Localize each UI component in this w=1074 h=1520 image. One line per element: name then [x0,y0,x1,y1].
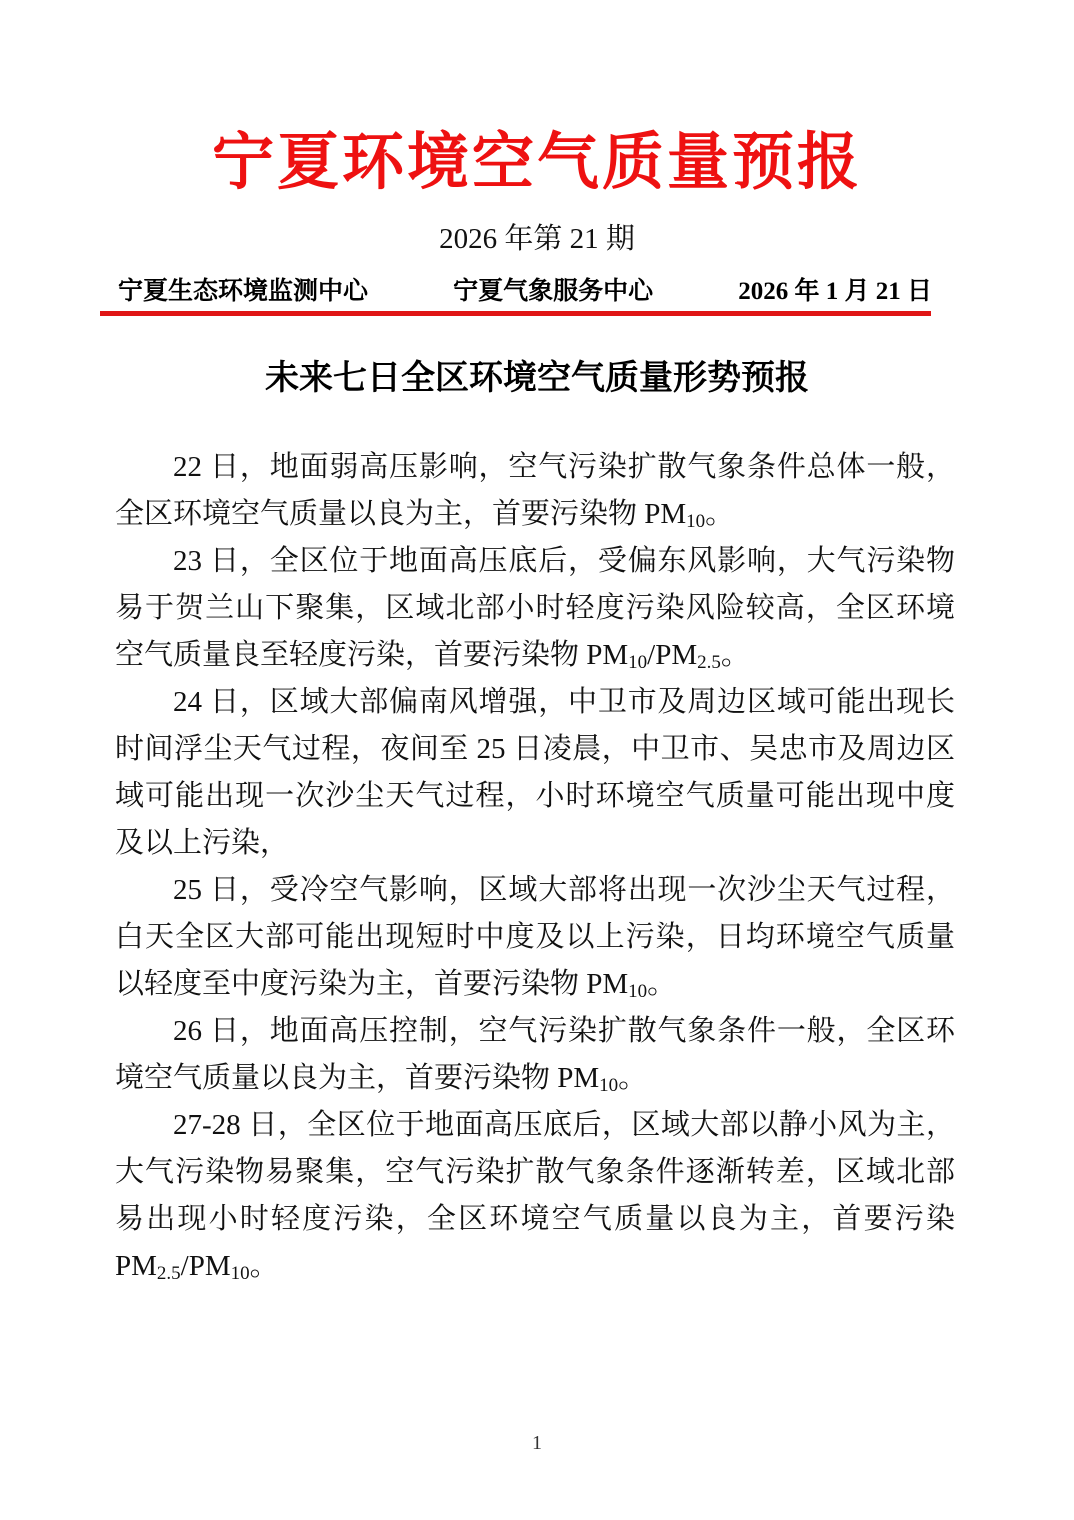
agency-row: 宁夏生态环境监测中心 宁夏气象服务中心 2026 年 1 月 21 日 [118,277,932,307]
agency-weather-service-center: 宁夏气象服务中心 [453,277,653,307]
agency-monitoring-center: 宁夏生态环境监测中心 [118,277,368,307]
forecast-paragraph-day22: 22 日，地面弱高压影响，空气污染扩散气象条件总体一般，全区环境空气质量以良为主… [115,444,955,538]
forecast-paragraph-day26: 26 日，地面高压控制，空气污染扩散气象条件一般，全区环境空气质量以良为主，首要… [115,1008,955,1102]
forecast-paragraph-day23: 23 日，全区位于地面高压底后，受偏东风影响，大气污染物易于贺兰山下聚集，区域北… [115,538,955,679]
document-page: 宁夏环境空气质量预报 2026 年第 21 期 宁夏生态环境监测中心 宁夏气象服… [0,0,1074,1520]
issue-number-line: 2026 年第 21 期 [0,221,1074,257]
forecast-paragraph-day25: 25 日，受冷空气影响，区域大部将出现一次沙尘天气过程，白天全区大部可能出现短时… [115,867,955,1008]
document-title: 宁夏环境空气质量预报 [0,126,1074,200]
issue-date: 2026 年 1 月 21 日 [738,277,932,307]
section-heading: 未来七日全区环境空气质量形势预报 [0,357,1074,399]
forecast-body: 22 日，地面弱高压影响，空气污染扩散气象条件总体一般，全区环境空气质量以良为主… [115,444,955,1290]
forecast-paragraph-day24: 24 日，区域大部偏南风增强，中卫市及周边区域可能出现长时间浮尘天气过程，夜间至… [115,679,955,867]
forecast-paragraph-day27-28: 27-28 日，全区位于地面高压底后，区域大部以静小风为主，大气污染物易聚集，空… [115,1102,955,1290]
red-divider-rule [100,311,931,316]
page-number: 1 [0,1432,1074,1455]
